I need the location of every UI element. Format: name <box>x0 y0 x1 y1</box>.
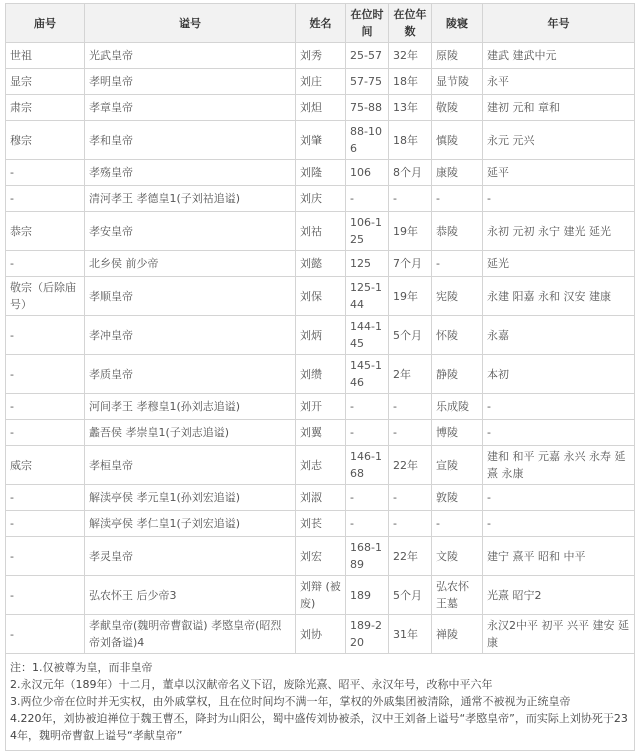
header-temple-name: 庙号 <box>6 4 85 43</box>
reign-period-cell: 75-88 <box>346 95 389 121</box>
posthumous-name-cell: 光武皇帝 <box>85 43 296 69</box>
posthumous-name-cell: 解渎亭侯 孝仁皇1(子刘宏追谥) <box>85 511 296 537</box>
tomb-cell: 敦陵 <box>432 485 483 511</box>
personal-name-cell: 刘辩 (被废) <box>296 576 346 615</box>
temple-name-cell: - <box>6 615 85 654</box>
temple-name-cell: 敬宗（后除庙号） <box>6 277 85 316</box>
tomb-cell: - <box>432 186 483 212</box>
notes-cell: 注：1.仅被尊为皇，而非皇帝 2.永汉元年（189年）十二月，董卓以汉献帝名义下… <box>6 654 635 699</box>
reign-period-cell: 106-125 <box>346 212 389 251</box>
table-row: 显宗孝明皇帝刘庄57-7518年显节陵永平 <box>6 69 635 95</box>
era-names-cell: 建武 建武中元 <box>483 43 635 69</box>
reign-years-cell: 7个月 <box>389 251 432 277</box>
personal-name-cell: 刘翼 <box>296 420 346 446</box>
temple-name-cell: - <box>6 160 85 186</box>
era-names-cell: 永建 阳嘉 永和 汉安 建康 <box>483 277 635 316</box>
tomb-cell: - <box>432 511 483 537</box>
note-3: 3.两位少帝在位时并无实权，由外戚掌权，且在位时间均不满一年，掌权的外戚集团被清… <box>10 693 630 698</box>
posthumous-name-cell: 孝和皇帝 <box>85 121 296 160</box>
era-names-cell: 永元 元兴 <box>483 121 635 160</box>
era-names-cell: 延光 <box>483 251 635 277</box>
table-row: -孝献皇帝(魏明帝曹叡谥) 孝愍皇帝(昭烈帝刘备谥)4刘协189-22031年禅… <box>6 615 635 654</box>
table-row: -孝冲皇帝刘炳144-1455个月怀陵永嘉 <box>6 316 635 355</box>
posthumous-name-cell: 孝灵皇帝 <box>85 537 296 576</box>
emperor-table-container: 庙号 谥号 姓名 在位时间 在位年数 陵寝 年号 世祖光武皇帝刘秀25-5732… <box>5 3 635 698</box>
era-names-cell: 光熹 昭宁2 <box>483 576 635 615</box>
era-names-cell: 永汉2中平 初平 兴平 建安 延康 <box>483 615 635 654</box>
reign-years-cell: 8个月 <box>389 160 432 186</box>
posthumous-name-cell: 河间孝王 孝穆皇1(孙刘志追谥) <box>85 394 296 420</box>
tomb-cell: 康陵 <box>432 160 483 186</box>
era-names-cell: - <box>483 511 635 537</box>
note-1: 注：1.仅被尊为皇，而非皇帝 <box>10 659 630 676</box>
era-names-cell: 建初 元和 章和 <box>483 95 635 121</box>
reign-years-cell: 2年 <box>389 355 432 394</box>
reign-years-cell: - <box>389 511 432 537</box>
header-posthumous-name: 谥号 <box>85 4 296 43</box>
reign-years-cell: - <box>389 485 432 511</box>
era-names-cell: 建宁 熹平 昭和 中平 <box>483 537 635 576</box>
era-names-cell: 建和 和平 元嘉 永兴 永寿 延熹 永康 <box>483 446 635 485</box>
posthumous-name-cell: 孝安皇帝 <box>85 212 296 251</box>
temple-name-cell: - <box>6 537 85 576</box>
table-row: -孝殇皇帝刘隆1068个月康陵延平 <box>6 160 635 186</box>
reign-years-cell: 22年 <box>389 537 432 576</box>
era-names-cell: 本初 <box>483 355 635 394</box>
table-row: 威宗孝桓皇帝刘志146-16822年宣陵建和 和平 元嘉 永兴 永寿 延熹 永康 <box>6 446 635 485</box>
reign-period-cell: - <box>346 511 389 537</box>
table-row: -蠡吾侯 孝崇皇1(子刘志追谥)刘翼--博陵- <box>6 420 635 446</box>
era-names-cell: 延平 <box>483 160 635 186</box>
reign-years-cell: 19年 <box>389 212 432 251</box>
personal-name-cell: 刘保 <box>296 277 346 316</box>
reign-period-cell: 25-57 <box>346 43 389 69</box>
personal-name-cell: 刘志 <box>296 446 346 485</box>
era-names-cell: 永嘉 <box>483 316 635 355</box>
era-names-cell: - <box>483 485 635 511</box>
table-row: 肃宗孝章皇帝刘炟75-8813年敬陵建初 元和 章和 <box>6 95 635 121</box>
personal-name-cell: 刘炟 <box>296 95 346 121</box>
tomb-cell: 宣陵 <box>432 446 483 485</box>
tomb-cell: 博陵 <box>432 420 483 446</box>
reign-period-cell: 57-75 <box>346 69 389 95</box>
reign-period-cell: 168-189 <box>346 537 389 576</box>
posthumous-name-cell: 孝桓皇帝 <box>85 446 296 485</box>
reign-period-cell: 106 <box>346 160 389 186</box>
table-row: 恭宗孝安皇帝刘祜106-12519年恭陵永初 元初 永宁 建光 延光 <box>6 212 635 251</box>
temple-name-cell: 威宗 <box>6 446 85 485</box>
table-row: 世祖光武皇帝刘秀25-5732年原陵建武 建武中元 <box>6 43 635 69</box>
table-header-row: 庙号 谥号 姓名 在位时间 在位年数 陵寝 年号 <box>6 4 635 43</box>
personal-name-cell: 刘宏 <box>296 537 346 576</box>
temple-name-cell: - <box>6 355 85 394</box>
header-reign-years: 在位年数 <box>389 4 432 43</box>
eastern-han-emperors-table: 庙号 谥号 姓名 在位时间 在位年数 陵寝 年号 世祖光武皇帝刘秀25-5732… <box>5 3 635 698</box>
reign-years-cell: 22年 <box>389 446 432 485</box>
era-names-cell: - <box>483 186 635 212</box>
header-personal-name: 姓名 <box>296 4 346 43</box>
reign-years-cell: 13年 <box>389 95 432 121</box>
temple-name-cell: - <box>6 186 85 212</box>
reign-years-cell: 32年 <box>389 43 432 69</box>
tomb-cell: 慎陵 <box>432 121 483 160</box>
table-row: -孝质皇帝刘缵145-1462年静陵本初 <box>6 355 635 394</box>
reign-period-cell: 125 <box>346 251 389 277</box>
table-row: -北乡侯 前少帝刘懿1257个月-延光 <box>6 251 635 277</box>
reign-period-cell: - <box>346 394 389 420</box>
personal-name-cell: 刘庆 <box>296 186 346 212</box>
posthumous-name-cell: 清河孝王 孝德皇1(子刘祜追谥) <box>85 186 296 212</box>
era-names-cell: 永平 <box>483 69 635 95</box>
reign-period-cell: - <box>346 485 389 511</box>
reign-years-cell: - <box>389 186 432 212</box>
era-names-cell: - <box>483 420 635 446</box>
personal-name-cell: 刘淑 <box>296 485 346 511</box>
tomb-cell: 显节陵 <box>432 69 483 95</box>
reign-period-cell: 125-144 <box>346 277 389 316</box>
reign-period-cell: - <box>346 186 389 212</box>
tomb-cell: - <box>432 251 483 277</box>
posthumous-name-cell: 孝质皇帝 <box>85 355 296 394</box>
personal-name-cell: 刘缵 <box>296 355 346 394</box>
personal-name-cell: 刘懿 <box>296 251 346 277</box>
reign-years-cell: 5个月 <box>389 316 432 355</box>
temple-name-cell: - <box>6 576 85 615</box>
posthumous-name-cell: 孝章皇帝 <box>85 95 296 121</box>
header-tomb: 陵寝 <box>432 4 483 43</box>
temple-name-cell: 世祖 <box>6 43 85 69</box>
reign-years-cell: - <box>389 420 432 446</box>
table-row: 穆宗孝和皇帝刘肇88-10618年慎陵永元 元兴 <box>6 121 635 160</box>
reign-period-cell: - <box>346 420 389 446</box>
tomb-cell: 敬陵 <box>432 95 483 121</box>
header-reign-period: 在位时间 <box>346 4 389 43</box>
reign-period-cell: 145-146 <box>346 355 389 394</box>
personal-name-cell: 刘祜 <box>296 212 346 251</box>
temple-name-cell: - <box>6 394 85 420</box>
tomb-cell: 禅陵 <box>432 615 483 654</box>
temple-name-cell: - <box>6 485 85 511</box>
temple-name-cell: 穆宗 <box>6 121 85 160</box>
tomb-cell: 恭陵 <box>432 212 483 251</box>
temple-name-cell: - <box>6 420 85 446</box>
personal-name-cell: 刘苌 <box>296 511 346 537</box>
personal-name-cell: 刘秀 <box>296 43 346 69</box>
personal-name-cell: 刘协 <box>296 615 346 654</box>
tomb-cell: 静陵 <box>432 355 483 394</box>
tomb-cell: 原陵 <box>432 43 483 69</box>
table-row: -孝灵皇帝刘宏168-18922年文陵建宁 熹平 昭和 中平 <box>6 537 635 576</box>
personal-name-cell: 刘炳 <box>296 316 346 355</box>
reign-years-cell: 18年 <box>389 69 432 95</box>
tomb-cell: 弘农怀王墓 <box>432 576 483 615</box>
posthumous-name-cell: 孝冲皇帝 <box>85 316 296 355</box>
posthumous-name-cell: 弘农怀王 后少帝3 <box>85 576 296 615</box>
posthumous-name-cell: 孝顺皇帝 <box>85 277 296 316</box>
posthumous-name-cell: 孝殇皇帝 <box>85 160 296 186</box>
tomb-cell: 宪陵 <box>432 277 483 316</box>
temple-name-cell: 恭宗 <box>6 212 85 251</box>
personal-name-cell: 刘庄 <box>296 69 346 95</box>
personal-name-cell: 刘肇 <box>296 121 346 160</box>
reign-period-cell: 144-145 <box>346 316 389 355</box>
posthumous-name-cell: 孝献皇帝(魏明帝曹叡谥) 孝愍皇帝(昭烈帝刘备谥)4 <box>85 615 296 654</box>
reign-period-cell: 146-168 <box>346 446 389 485</box>
tomb-cell: 怀陵 <box>432 316 483 355</box>
table-row: -解渎亭侯 孝元皇1(孙刘宏追谥)刘淑--敦陵- <box>6 485 635 511</box>
reign-years-cell: - <box>389 394 432 420</box>
temple-name-cell: 显宗 <box>6 69 85 95</box>
table-row: 敬宗（后除庙号）孝顺皇帝刘保125-14419年宪陵永建 阳嘉 永和 汉安 建康 <box>6 277 635 316</box>
table-body: 世祖光武皇帝刘秀25-5732年原陵建武 建武中元显宗孝明皇帝刘庄57-7518… <box>6 43 635 654</box>
era-names-cell: 永初 元初 永宁 建光 延光 <box>483 212 635 251</box>
temple-name-cell: - <box>6 511 85 537</box>
reign-period-cell: 88-106 <box>346 121 389 160</box>
temple-name-cell: - <box>6 316 85 355</box>
reign-period-cell: 189-220 <box>346 615 389 654</box>
reign-years-cell: 31年 <box>389 615 432 654</box>
reign-period-cell: 189 <box>346 576 389 615</box>
posthumous-name-cell: 解渎亭侯 孝元皇1(孙刘宏追谥) <box>85 485 296 511</box>
personal-name-cell: 刘开 <box>296 394 346 420</box>
reign-years-cell: 5个月 <box>389 576 432 615</box>
header-era-names: 年号 <box>483 4 635 43</box>
reign-years-cell: 19年 <box>389 277 432 316</box>
table-row: -弘农怀王 后少帝3刘辩 (被废)1895个月弘农怀王墓光熹 昭宁2 <box>6 576 635 615</box>
temple-name-cell: - <box>6 251 85 277</box>
era-names-cell: - <box>483 394 635 420</box>
temple-name-cell: 肃宗 <box>6 95 85 121</box>
posthumous-name-cell: 孝明皇帝 <box>85 69 296 95</box>
posthumous-name-cell: 蠡吾侯 孝崇皇1(子刘志追谥) <box>85 420 296 446</box>
note-2: 2.永汉元年（189年）十二月，董卓以汉献帝名义下诏，废除光熹、昭平、永汉年号，… <box>10 676 630 693</box>
personal-name-cell: 刘隆 <box>296 160 346 186</box>
tomb-cell: 乐成陵 <box>432 394 483 420</box>
posthumous-name-cell: 北乡侯 前少帝 <box>85 251 296 277</box>
notes-row: 注：1.仅被尊为皇，而非皇帝 2.永汉元年（189年）十二月，董卓以汉献帝名义下… <box>6 654 635 699</box>
reign-years-cell: 18年 <box>389 121 432 160</box>
tomb-cell: 文陵 <box>432 537 483 576</box>
table-row: -清河孝王 孝德皇1(子刘祜追谥)刘庆---- <box>6 186 635 212</box>
table-row: -河间孝王 孝穆皇1(孙刘志追谥)刘开--乐成陵- <box>6 394 635 420</box>
table-row: -解渎亭侯 孝仁皇1(子刘宏追谥)刘苌---- <box>6 511 635 537</box>
